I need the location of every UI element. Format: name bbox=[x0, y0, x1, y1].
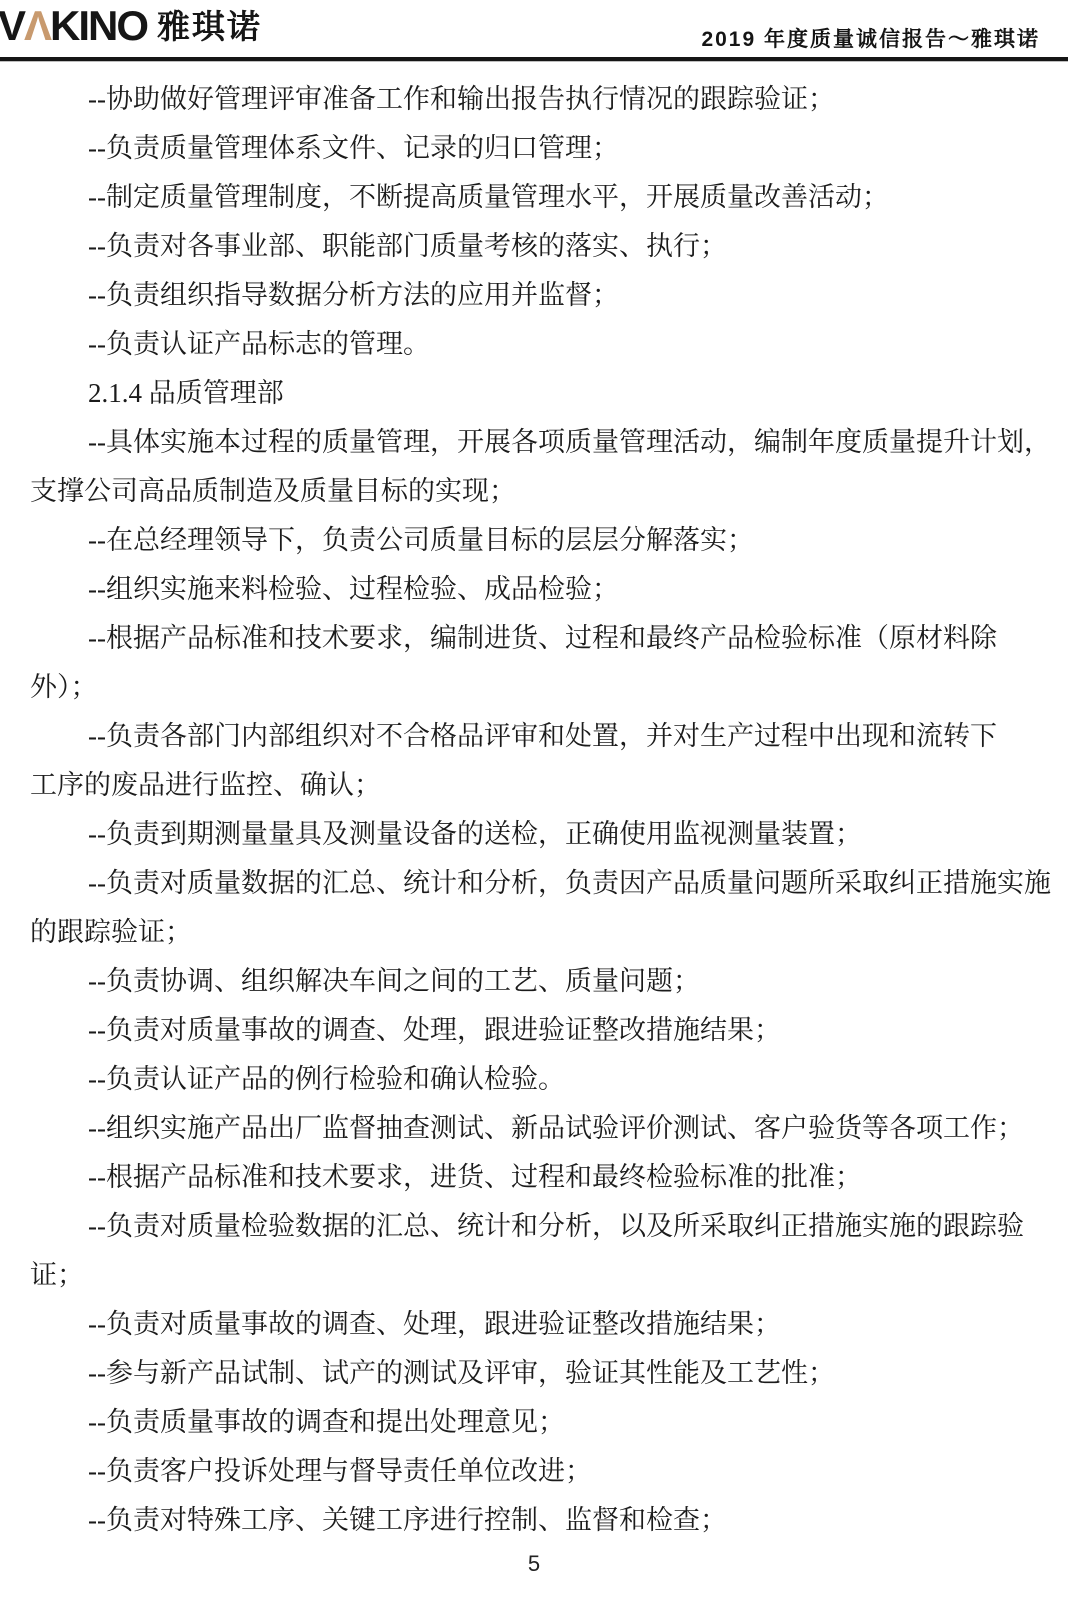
logo-letter-a: Λ bbox=[24, 2, 50, 49]
section-heading: 2.1.4 品质管理部 bbox=[0, 369, 1068, 418]
body-line: --负责协调、组织解决车间之间的工艺、质量问题； bbox=[0, 957, 1068, 1006]
body-line: --负责质量管理体系文件、记录的归口管理； bbox=[0, 124, 1068, 173]
logo-letter-v: V bbox=[0, 2, 24, 49]
body-line: --负责对特殊工序、关键工序进行控制、监督和检查； bbox=[0, 1496, 1068, 1545]
body-line: --负责组织指导数据分析方法的应用并监督； bbox=[0, 271, 1068, 320]
body-line: --负责对各事业部、职能部门质量考核的落实、执行； bbox=[0, 222, 1068, 271]
body-line: --在总经理领导下，负责公司质量目标的层层分解落实； bbox=[0, 516, 1068, 565]
body-line: --参与新产品试制、试产的测试及评审，验证其性能及工艺性； bbox=[0, 1349, 1068, 1398]
logo-letters-kino: KINO bbox=[50, 2, 147, 49]
body-line: --负责对质量事故的调查、处理，跟进验证整改措施结果； bbox=[0, 1006, 1068, 1055]
page-header: VΛKINO 雅琪诺 2019 年度质量诚信报告～雅琪诺 bbox=[0, 0, 1068, 57]
body-line: --根据产品标准和技术要求，编制进货、过程和最终产品检验标准（原材料除 bbox=[0, 614, 1068, 663]
body-line: --负责认证产品的例行检验和确认检验。 bbox=[0, 1055, 1068, 1104]
body-line: 的跟踪验证； bbox=[0, 908, 1068, 957]
body-line: --负责对质量数据的汇总、统计和分析，负责因产品质量问题所采取纠正措施实施 bbox=[0, 859, 1068, 908]
brand-logo-latin: VΛKINO bbox=[0, 6, 147, 46]
report-header-title: 2019 年度质量诚信报告～雅琪诺 bbox=[701, 23, 1040, 53]
body-line: --负责对质量检验数据的汇总、统计和分析，以及所采取纠正措施实施的跟踪验 bbox=[0, 1202, 1068, 1251]
body-line: --负责对质量事故的调查、处理，跟进验证整改措施结果； bbox=[0, 1300, 1068, 1349]
brand-logo: VΛKINO 雅琪诺 bbox=[0, 6, 262, 46]
body-line: --具体实施本过程的质量管理，开展各项质量管理活动，编制年度质量提升计划， bbox=[0, 418, 1068, 467]
document-body: --协助做好管理评审准备工作和输出报告执行情况的跟踪验证； --负责质量管理体系… bbox=[0, 62, 1068, 1545]
body-line: --负责各部门内部组织对不合格品评审和处置，并对生产过程中出现和流转下 bbox=[0, 712, 1068, 761]
brand-logo-chinese: 雅琪诺 bbox=[157, 8, 262, 46]
body-line: --协助做好管理评审准备工作和输出报告执行情况的跟踪验证； bbox=[0, 75, 1068, 124]
body-line: --组织实施产品出厂监督抽查测试、新品试验评价测试、客户验货等各项工作； bbox=[0, 1104, 1068, 1153]
body-line: --负责客户投诉处理与督导责任单位改进； bbox=[0, 1447, 1068, 1496]
body-line: --负责认证产品标志的管理。 bbox=[0, 320, 1068, 369]
body-line: --根据产品标准和技术要求，进货、过程和最终检验标准的批准； bbox=[0, 1153, 1068, 1202]
body-line: --组织实施来料检验、过程检验、成品检验； bbox=[0, 565, 1068, 614]
body-line: --负责到期测量量具及测量设备的送检，正确使用监视测量装置； bbox=[0, 810, 1068, 859]
body-line: 支撑公司高品质制造及质量目标的实现； bbox=[0, 467, 1068, 516]
body-line: 外）； bbox=[0, 663, 1068, 712]
body-line: --负责质量事故的调查和提出处理意见； bbox=[0, 1398, 1068, 1447]
document-page: VΛKINO 雅琪诺 2019 年度质量诚信报告～雅琪诺 --协助做好管理评审准… bbox=[0, 0, 1068, 1600]
body-line: --制定质量管理制度，不断提高质量管理水平，开展质量改善活动； bbox=[0, 173, 1068, 222]
body-line: 工序的废品进行监控、确认； bbox=[0, 761, 1068, 810]
page-number: 5 bbox=[0, 1551, 1068, 1577]
body-line: 证； bbox=[0, 1251, 1068, 1300]
